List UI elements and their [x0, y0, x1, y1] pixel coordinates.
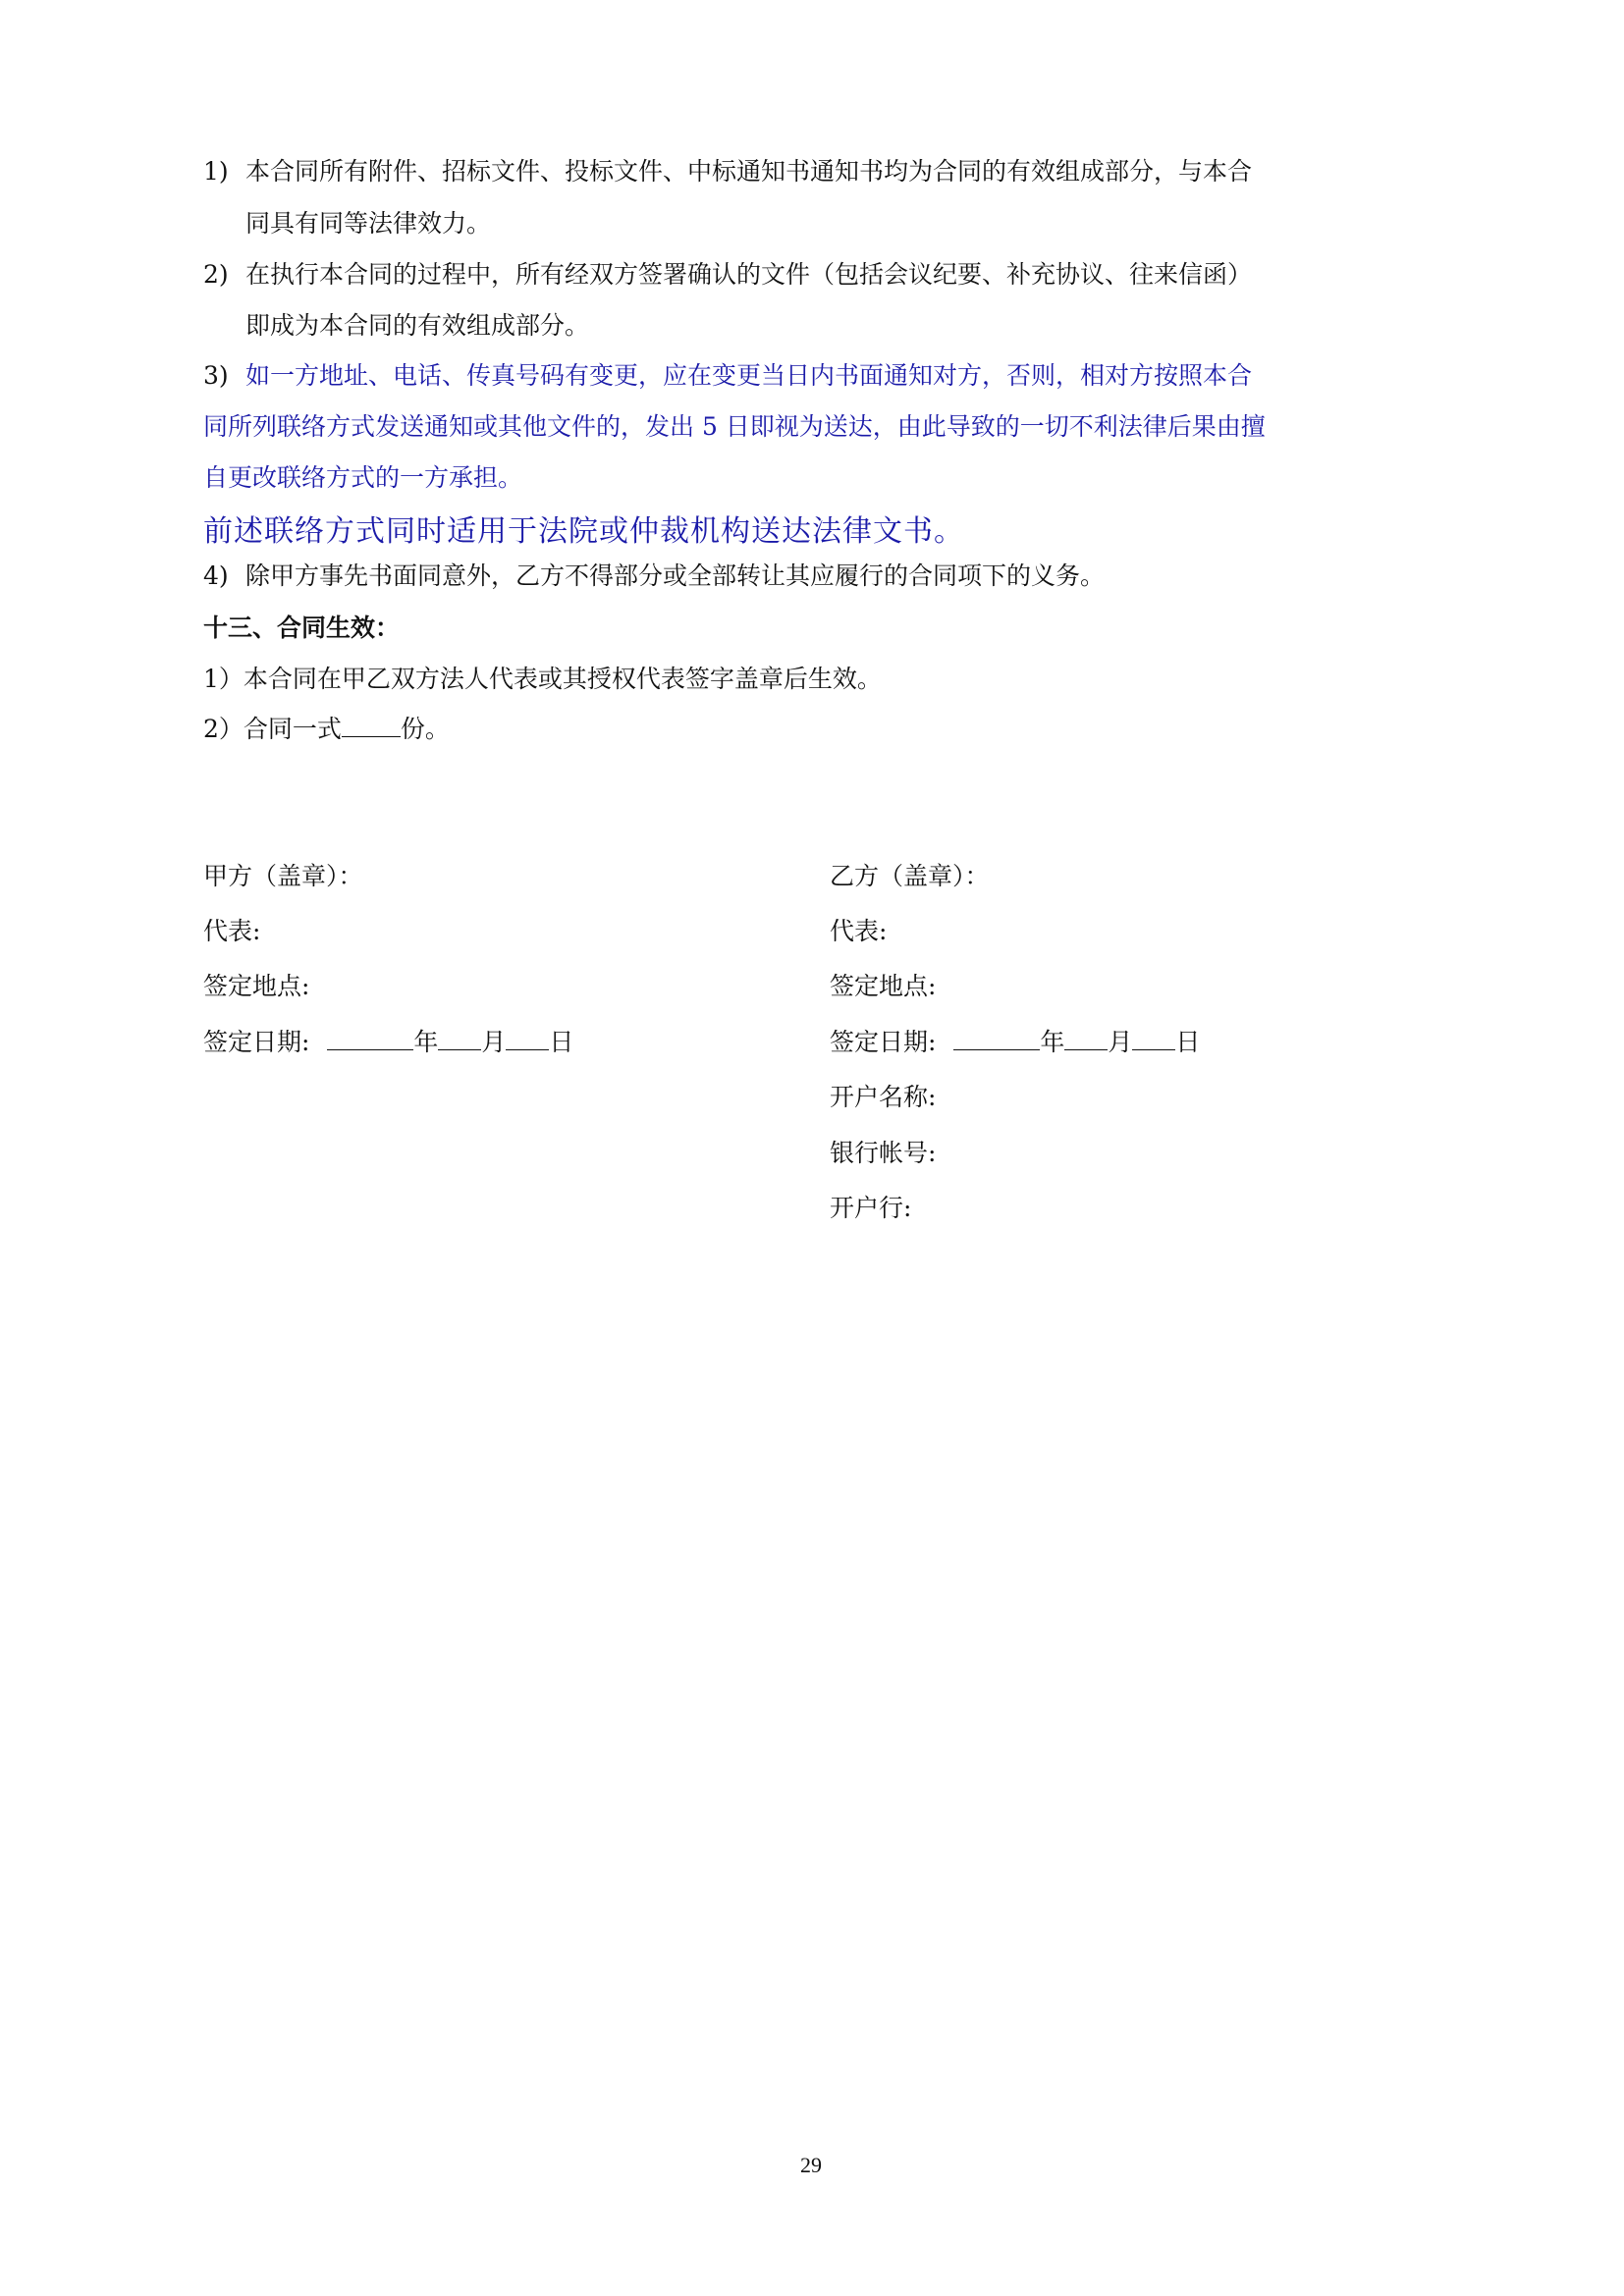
month-blank[interactable] — [438, 1028, 481, 1050]
party-a-rep: 代表: — [203, 917, 260, 946]
party-a-date: 签定日期: 年月日 — [203, 1028, 573, 1057]
party-b-rep: 代表: — [830, 917, 887, 946]
day-label: 日 — [1175, 1028, 1200, 1056]
clause-1-continuation: 同具有同等法律效力。 — [245, 209, 491, 239]
clause-number: 3) — [203, 361, 245, 391]
clause-3-service-note: 前述联络方式同时适用于法院或仲裁机构送达法律文书。 — [203, 515, 964, 549]
party-b-seal: 乙方（盖章）： — [830, 862, 990, 891]
clause-2-continuation: 即成为本合同的有效组成部分。 — [245, 311, 589, 341]
clause-text: 除甲方事先书面同意外，乙方不得部分或全部转让其应履行的合同项下的义务。 — [245, 561, 1105, 590]
month-blank[interactable] — [1064, 1028, 1108, 1050]
year-label: 年 — [413, 1028, 438, 1056]
year-blank[interactable] — [953, 1028, 1040, 1050]
clause-text: 如一方地址、电话、传真号码有变更，应在变更当日内书面通知对方，否则，相对方按照本… — [245, 361, 1252, 390]
party-a-seal: 甲方（盖章）： — [203, 862, 363, 891]
item-number: 2） — [203, 715, 244, 743]
clause-2: 2)在执行本合同的过程中，所有经双方签署确认的文件（包括会议纪要、补充协议、往来… — [203, 260, 1252, 290]
date-label: 签定日期: — [203, 1028, 309, 1056]
party-b-account-no: 银行帐号: — [830, 1139, 936, 1168]
year-blank[interactable] — [327, 1028, 413, 1050]
party-b-date: 签定日期: 年月日 — [830, 1028, 1200, 1057]
party-b-account-name: 开户名称: — [830, 1083, 936, 1112]
clause-number: 4) — [203, 561, 245, 591]
party-a-place: 签定地点: — [203, 972, 309, 1001]
date-label: 签定日期: — [830, 1028, 936, 1056]
clause-3: 3)如一方地址、电话、传真号码有变更，应在变更当日内书面通知对方，否则，相对方按… — [203, 361, 1252, 391]
month-label: 月 — [1108, 1028, 1132, 1056]
item-text: 本合同在甲乙双方法人代表或其授权代表签字盖章后生效。 — [244, 665, 882, 693]
item-number: 1） — [203, 665, 244, 693]
section-13-item-2: 2）合同一式份。 — [203, 715, 450, 744]
clause-3-continuation-2: 自更改联络方式的一方承担。 — [203, 463, 522, 493]
section-13-item-1: 1）本合同在甲乙双方法人代表或其授权代表签字盖章后生效。 — [203, 665, 882, 694]
section-13-heading: 十三、合同生效： — [203, 614, 400, 643]
day-blank[interactable] — [1132, 1028, 1175, 1050]
party-b-bank: 开户行: — [830, 1194, 911, 1223]
year-label: 年 — [1040, 1028, 1064, 1056]
month-label: 月 — [481, 1028, 506, 1056]
day-label: 日 — [549, 1028, 573, 1056]
clause-number: 1) — [203, 157, 245, 187]
page-number: 29 — [800, 2153, 822, 2178]
day-blank[interactable] — [506, 1028, 549, 1050]
clause-text: 在执行本合同的过程中，所有经双方签署确认的文件（包括会议纪要、补充协议、往来信函… — [245, 260, 1252, 289]
clause-3-continuation-1: 同所列联络方式发送通知或其他文件的，发出 5 日即视为送达，由此导致的一切不利法… — [203, 412, 1266, 442]
item-text-after: 份。 — [401, 715, 450, 743]
item-text-before: 合同一式 — [244, 715, 342, 743]
party-b-place: 签定地点: — [830, 972, 936, 1001]
clause-4: 4)除甲方事先书面同意外，乙方不得部分或全部转让其应履行的合同项下的义务。 — [203, 561, 1105, 591]
copies-blank[interactable] — [342, 715, 401, 737]
clause-number: 2) — [203, 260, 245, 290]
clause-text: 本合同所有附件、招标文件、投标文件、中标通知书通知书均为合同的有效组成部分，与本… — [245, 157, 1252, 186]
clause-1: 1)本合同所有附件、招标文件、投标文件、中标通知书通知书均为合同的有效组成部分，… — [203, 157, 1252, 187]
